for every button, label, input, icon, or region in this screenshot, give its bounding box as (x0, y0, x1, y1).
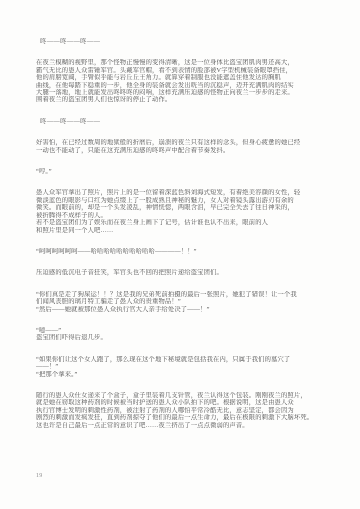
text-line: 曲线，在他每踏下稳重的一步，他全身的装备就会发出咣当的沉稳声，迈开充满肌肉的结实 (36, 82, 330, 89)
text-line: “哼。” (36, 168, 330, 175)
text-line: 随行的愚人众仕女递来了个盒子，盒子里装着几支针管，夜兰认得这个包装。刚刚夜兰的照… (36, 392, 330, 399)
paragraph: 压迫感的低沉电子音狂笑，军官头也不回的把照片递给盗宝团们。 (36, 269, 330, 276)
text-line: 们闻风丧胆的璃月特工骗走了愚人众的贵重物品！” (36, 298, 330, 305)
sfx-line: 咚——咚——咚—— (36, 38, 330, 45)
text-line: 盗宝团们吓得后退几步。 (36, 334, 330, 341)
text-line: “呵呵呵呵呵呵——哈哈哈哈哈哈哈哈哈哈————！！” (36, 248, 330, 255)
text-line: 一动也不能动了，只能在这充满压迫感的咚咚声中配合着节奏发抖。 (36, 147, 330, 154)
page-number: 19 (36, 473, 43, 479)
dialogue-line: “哼。” (36, 168, 330, 175)
paragraph: 随行的愚人众仕女递来了个盒子，盒子里装着几支针管，夜兰认得这个包装。刚刚夜兰的照… (36, 392, 330, 429)
text-line: 被折腾得不成样子的人。 (36, 212, 330, 219)
document-page: 咚——咚——咚—— 在夜兰模糊的视野里，那个怪物正慢慢的变得清晰，这是一位身体比… (0, 0, 360, 509)
text-line: 咚——咚——咚—— (36, 38, 330, 45)
paragraph: “噫——” 盗宝团们吓得后退几步。 (36, 327, 330, 342)
text-line: 微淡蓝色的眼影与口红为她点缀上了一股成熟且神秘的魅力，女人对着镜头露出游刃有余的 (36, 197, 330, 204)
page-content: 咚——咚——咚—— 在夜兰模糊的视野里，那个怪物正慢慢的变得清晰，这是一位身体比… (36, 38, 330, 443)
text-line: 若不是盗宝团们为了娱乐而在夜兰身上画下了记号，估计谁也认不出来，眼前的人 (36, 219, 330, 226)
text-line: 咚——咚——咚—— (36, 118, 330, 125)
text-line: 这也许是自己最后一点正常的意识了吧……夜兰挤出了一点点微弱的声音。 (36, 422, 330, 429)
text-line: 好害怕，在已经过数周的地狱般的折磨后，崩溃的夜兰只有这样的念头，但身心疲惫的她已… (36, 139, 330, 146)
text-line: 微笑。而眼前的，却是一个头发凌乱，神情恍惚，两眼含泪，早已完全失去了往日神采的， (36, 204, 330, 211)
text-line: 就是她在窃取这种药剂的时候被当时护送的愚人众小队拍下的吧。根据说明，这是由愚人众 (36, 399, 330, 406)
text-line: 围着夜兰的盗宝团男人们也惊讶的停止了动作。 (36, 96, 330, 103)
paragraph: 愚人众军官拿出了照片，照片上的是一位留着深蓝色斜刘海式短发，有着绝美容颜的女性，… (36, 189, 330, 233)
text-line: “噫——” (36, 327, 330, 334)
text-line: 在夜兰模糊的视野里，那个怪物正慢慢的变得清晰，这是一位身体比盗宝团肌肉男还高大， (36, 59, 330, 66)
text-line: “你们真是走了狗屎运！！？这是我的兄弟死前拍摄的最后一张照片，她犯了错误！让一个… (36, 291, 330, 298)
text-line: “如果你们让这个女人跑了，那么现在这个地下秘境就是包括我在内，只属于我们的墓穴了 (36, 356, 330, 363)
sfx-line: 咚——咚——咚—— (36, 118, 330, 125)
dialogue-paragraph: “如果你们让这个女人跑了，那么现在这个地下秘境就是包括我在内，只属于我们的墓穴了… (36, 356, 330, 378)
text-line: 压迫感的低沉电子音狂笑，军官头也不回的把照片递给盗宝团们。 (36, 269, 330, 276)
text-line: “把那个拿来。” (36, 371, 330, 378)
text-line: 剧烈的刺激而发疯发狂，直到药剂掠夺了他们的最后一点生命力，最后在极限的刺激下大脑… (36, 414, 330, 421)
paragraph: 在夜兰模糊的视野里，那个怪物正慢慢的变得清晰，这是一位身体比盗宝团肌肉男还高大，… (36, 59, 330, 103)
text-line: 霸气无比的愚人众雷锤军官。头戴军官帽，看不到表情的脸部被V字型机械装备眼罩挡住， (36, 67, 330, 74)
text-line: 愚人众军官拿出了照片，照片上的是一位留着深蓝色斜刘海式短发，有着绝美容颜的女性，… (36, 189, 330, 196)
paragraph: 好害怕，在已经过数周的地狱般的折磨后，崩溃的夜兰只有这样的念头，但身心疲惫的她已… (36, 139, 330, 154)
dialogue-line: “呵呵呵呵呵呵——哈哈哈哈哈哈哈哈哈哈————！！” (36, 248, 330, 255)
text-line: 执行官博士发明的刺激性药剂，被注射了药剂的人哪怕平常冷酷无比，意志坚定，都会因为 (36, 407, 330, 414)
text-line: 和照片里是同一个人吧…… (36, 227, 330, 234)
text-line: 大腿一落地，地上就能发出咚咚咚的闷响，这样充满压迫感的怪物正向夜兰一步步的走来。 (36, 89, 330, 96)
text-line: “然后——她就被那位愚人众执行官大人亲手给处决了——！” (36, 306, 330, 313)
dialogue-paragraph: “你们真是走了狗屎运！！？这是我的兄弟死前拍摄的最后一张照片，她犯了错误！让一个… (36, 291, 330, 313)
text-line: ——！” (36, 363, 330, 370)
text-line: 他的肩膀宽阔，手臂似乎能与岩丘丘王角力。就算穿着制服也没能遮盖住他发达的胸肌 (36, 74, 330, 81)
